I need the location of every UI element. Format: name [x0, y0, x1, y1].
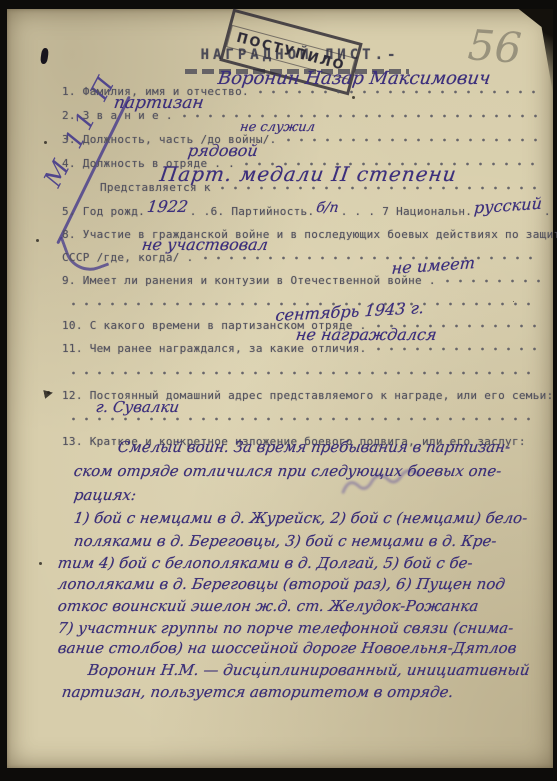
citation-line: 7) участник группы по порче телефонной с…: [57, 619, 515, 637]
field-name-value: Воронин Назар Максимович: [217, 68, 492, 89]
field-recommended-award-value: Парт. медали II степени: [158, 162, 458, 186]
dotted-leader: [178, 110, 540, 122]
field-prior-awards: 11. Чем ранее награждался, за какие отли…: [62, 341, 540, 355]
citation-line: поляками в д. Береговцы, 3) бой с немцам…: [73, 532, 498, 550]
citation-line: Воронин Н.М. — дисциплинированный, иници…: [87, 661, 531, 679]
field-nationality-value: русский: [474, 194, 543, 218]
citation-line: 1) бой с немцами в д. Журейск, 2) бой с …: [73, 509, 529, 527]
field-wounds-label: 9. Имеет ли ранения и контузии в Отечест…: [62, 274, 436, 287]
field-nationality-label: . . . 7 Национальн.: [341, 205, 473, 218]
dotted-leader: [282, 134, 540, 146]
field-civil-war-line1: 8. Участие в гражданской войне и в после…: [62, 227, 540, 241]
field-party-value: б/п: [316, 200, 341, 216]
field-wounds: 9. Имеет ли ранения и контузии в Отечест…: [62, 273, 540, 287]
citation-line: лополяками в д. Береговцы (второй раз), …: [57, 575, 506, 593]
field-civil-war-value: не участвовал: [141, 235, 270, 254]
citation-line: тим 4) бой с белополяками в д. Долгай, 5…: [57, 554, 474, 572]
scanned-award-document: М 11 П НАГРАДНОЙ ЛИСТ.- ПОСТУПИЛО 56 1. …: [0, 0, 557, 781]
dotted-leader: [67, 367, 540, 379]
field-recommended-award: Представляется к Парт. медали II степени: [100, 180, 540, 194]
citation-line: откос воинский эшелон ж.д. ст. Желудок-Р…: [57, 597, 480, 615]
field-birth-party-nationality: 5. Год рожд. 1922 . .6. Партийность. б/п…: [62, 204, 540, 218]
citation-line: партизан, пользуется авторитетом в отряд…: [61, 683, 455, 701]
dotted-leader: [372, 343, 540, 355]
field-birth-year-label: 5. Год рожд.: [62, 205, 145, 218]
dotted-leader: [441, 275, 540, 287]
field-prior-awards-value: не награждался: [295, 325, 438, 344]
dotted-rule: [62, 365, 540, 379]
field-detachment-duty-value: рядовой: [187, 141, 260, 160]
field-prewar-duty: 3. Должность, часть /до войны/. не служи…: [62, 132, 540, 146]
field-birth-year-value: 1922: [146, 197, 189, 216]
field-prewar-duty-value: не служил: [239, 120, 316, 135]
trailing-dots: . . .: [544, 205, 557, 218]
pencil-page-number: 56: [466, 20, 523, 73]
field-party-label: . .6. Партийность.: [190, 205, 315, 218]
field-home-address-value-row: г. Сувалки: [62, 411, 540, 425]
citation-line: ском отряде отличился при следующих боев…: [73, 462, 503, 480]
citation-line: рациях:: [73, 486, 138, 504]
citation-line: Смелый воин. За время пребывания в парти…: [117, 438, 512, 456]
field-rank-value: партизан: [113, 93, 205, 113]
paper-specks: [44, 141, 47, 144]
field-civil-war-label-line1: 8. Участие в гражданской войне и в после…: [62, 228, 557, 241]
citation-line: вание столбов) на шоссейной дороге Новое…: [57, 639, 518, 657]
field-home-address-value: г. Сувалки: [95, 398, 181, 416]
